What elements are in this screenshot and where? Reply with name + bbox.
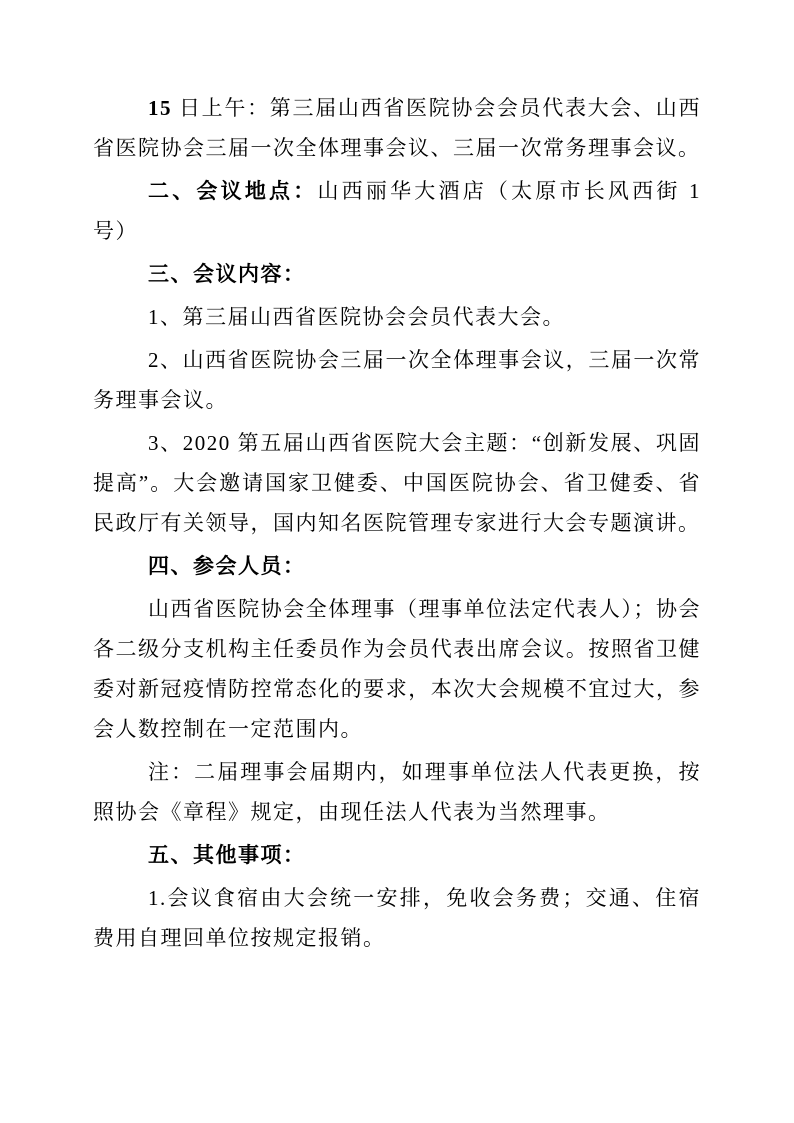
document-page: 15 日上午：第三届山西省医院协会会员代表大会、山西省医院协会三届一次全体理事会… [0, 0, 794, 1123]
para-meeting-venue: 二、会议地点：山西丽华大酒店（太原市长风西街 1 号） [93, 171, 701, 251]
document-body: 15 日上午：第三届山西省医院协会会员代表大会、山西省医院协会三届一次全体理事会… [93, 88, 701, 958]
text-run: 注：二届理事会届期内，如理事单位法人代表更换，按照协会《章程》规定，由现任法人代… [93, 760, 701, 824]
para-content-item-1: 1、第三届山西省医院协会会员代表大会。 [93, 297, 701, 337]
para-content-item-2: 2、山西省医院协会三届一次全体理事会议，三届一次常务理事会议。 [93, 340, 701, 420]
heading-meeting-content: 三、会议内容： [93, 254, 701, 294]
bold-text-run: 四、参会人员： [148, 554, 306, 578]
heading-other-matters: 五、其他事项： [93, 835, 701, 875]
para-attendees-detail: 山西省医院协会全体理事（理事单位法定代表人）；协会各二级分支机构主任委员作为会员… [93, 589, 701, 749]
text-run: 日上午：第三届山西省医院协会会员代表大会、山西省医院协会三届一次全体理事会议、三… [93, 96, 701, 160]
text-run: 3、2020 第五届山西省医院大会主题：“创新发展、巩固提高”。大会邀请国家卫健… [93, 431, 701, 535]
bold-text-run: 三、会议内容： [148, 262, 306, 286]
bold-text-run: 五、其他事项： [148, 843, 306, 867]
text-run: 1、第三届山西省医院协会会员代表大会。 [148, 305, 565, 329]
para-note: 注：二届理事会届期内，如理事单位法人代表更换，按照协会《章程》规定，由现任法人代… [93, 752, 701, 832]
bold-text-run: 15 [148, 96, 172, 120]
bold-text-run: 二、会议地点： [148, 179, 317, 203]
text-run: 2、山西省医院协会三届一次全体理事会议，三届一次常务理事会议。 [93, 348, 701, 412]
para-schedule-day15: 15 日上午：第三届山西省医院协会会员代表大会、山西省医院协会三届一次全体理事会… [93, 88, 701, 168]
para-other-item-1: 1.会议食宿由大会统一安排，免收会务费；交通、住宿费用自理回单位按规定报销。 [93, 878, 701, 958]
text-run: 山西省医院协会全体理事（理事单位法定代表人）；协会各二级分支机构主任委员作为会员… [93, 597, 701, 741]
text-run: 1.会议食宿由大会统一安排，免收会务费；交通、住宿费用自理回单位按规定报销。 [93, 886, 701, 950]
para-content-item-3: 3、2020 第五届山西省医院大会主题：“创新发展、巩固提高”。大会邀请国家卫健… [93, 423, 701, 543]
heading-attendees: 四、参会人员： [93, 546, 701, 586]
